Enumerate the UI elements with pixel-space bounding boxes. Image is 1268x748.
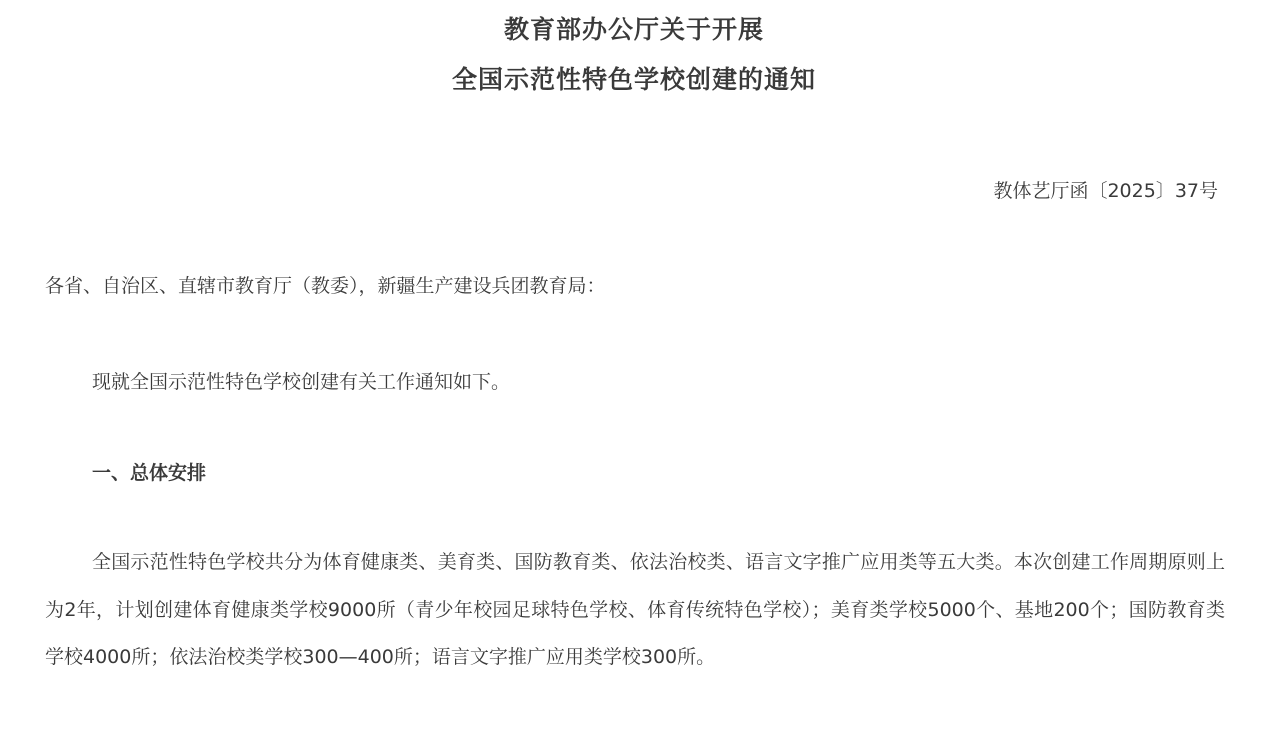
section-body-paragraph: 全国示范性特色学校共分为体育健康类、美育类、国防教育类、依法治校类、语言文字推广… bbox=[45, 539, 1225, 682]
section-heading-overall-arrangement: 一、总体安排 bbox=[92, 458, 206, 485]
addressee: 各省、自治区、直辖市教育厅（教委），新疆生产建设兵团教育局： bbox=[45, 271, 606, 298]
document-number: 教体艺厅函〔2025〕37号 bbox=[993, 176, 1218, 203]
document-title-line-1: 教育部办公厅关于开展 bbox=[0, 10, 1268, 46]
document-title-line-2: 全国示范性特色学校创建的通知 bbox=[0, 60, 1268, 96]
intro-paragraph: 现就全国示范性特色学校创建有关工作通知如下。 bbox=[92, 367, 510, 394]
